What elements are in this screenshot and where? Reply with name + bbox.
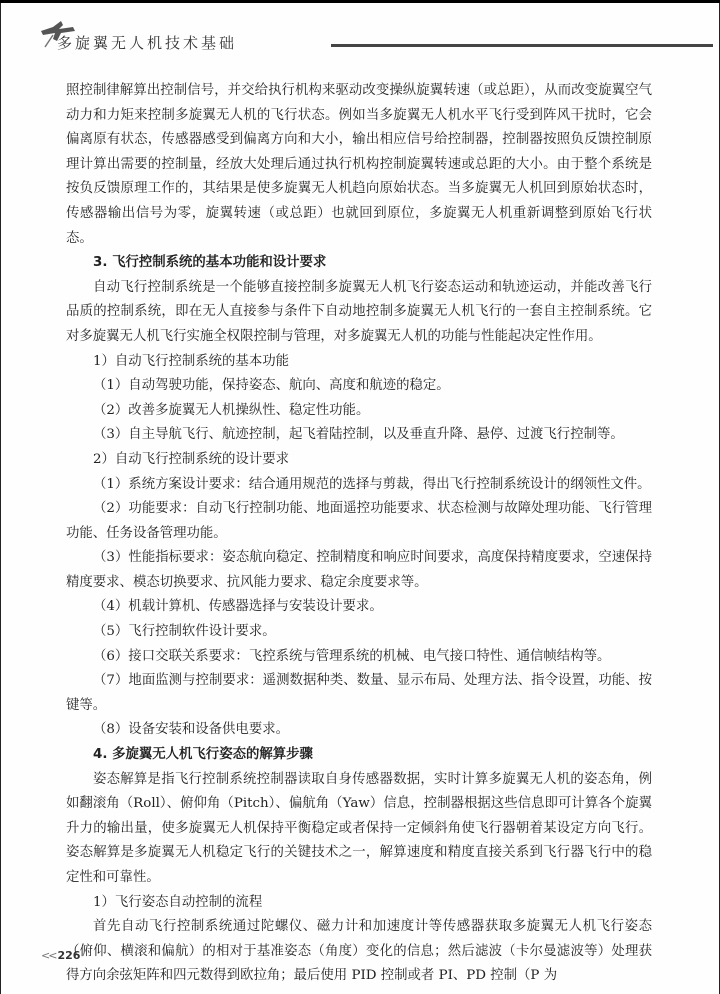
list-item: （1）自动驾驶功能，保持姿态、航向、高度和航迹的稳定。: [66, 374, 652, 399]
page-body: 照控制律解算出控制信号，并交给执行机构来驱动改变操纵旋翼转速（或总距），从而改变…: [66, 79, 652, 989]
paragraph: 姿态解算是指飞行控制系统控制器读取自身传感器数据，实时计算多旋翼无人机的姿态角，…: [66, 768, 652, 891]
paragraph: 照控制律解算出控制信号，并交给执行机构来驱动改变操纵旋翼转速（或总距），从而改变…: [66, 79, 652, 251]
page-footer: <<226: [41, 949, 80, 962]
book-title: 多旋翼无人机技术基础: [57, 32, 237, 53]
header-rule: [331, 44, 713, 47]
running-header: 多旋翼无人机技术基础: [1, 3, 719, 63]
book-page: 多旋翼无人机技术基础 照控制律解算出控制信号，并交给执行机构来驱动改变操纵旋翼转…: [0, 3, 720, 994]
list-item: （5）飞行控制软件设计要求。: [66, 620, 652, 645]
list-item: （3）自主导航飞行、航迹控制，起飞着陆控制，以及垂直升降、悬停、过渡飞行控制等。: [66, 423, 652, 448]
paragraph: 自动飞行控制系统是一个能够直接控制多旋翼无人机飞行姿态运动和轨迹运动，并能改善飞…: [66, 276, 652, 350]
list-item: （1）系统方案设计要求：结合通用规范的选择与剪裁，得出飞行控制系统设计的纲领性文…: [66, 473, 652, 498]
section-heading: 4. 多旋翼无人机飞行姿态的解算步骤: [66, 743, 652, 768]
list-item: （2）改善多旋翼无人机操纵性、稳定性功能。: [66, 399, 652, 424]
list-item: （3）性能指标要求：姿态航向稳定、控制精度和响应时间要求，高度保持精度要求，空速…: [66, 546, 652, 595]
list-item: （2）功能要求：自动飞行控制功能、地面遥控功能要求、状态检测与故障处理功能、飞行…: [66, 497, 652, 546]
page-number: 226: [57, 949, 80, 962]
paragraph: 首先自动飞行控制系统通过陀螺仪、磁力计和加速度计等传感器获取多旋翼无人机飞行姿态…: [66, 915, 652, 989]
list-item: （8）设备安装和设备供电要求。: [66, 718, 652, 743]
list-item: （4）机载计算机、传感器选择与安装设计要求。: [66, 595, 652, 620]
list-item: （7）地面监测与控制要求：遥测数据种类、数量、显示布局、处理方法、指令设置，功能…: [66, 669, 652, 718]
section-heading: 3. 飞行控制系统的基本功能和设计要求: [66, 251, 652, 276]
subheading: 1）自动飞行控制系统的基本功能: [66, 350, 652, 375]
double-chevron-left-icon: <<: [41, 949, 55, 962]
list-item: （6）接口交联关系要求：飞控系统与管理系统的机械、电气接口特性、通信帧结构等。: [66, 645, 652, 670]
subheading: 1）飞行姿态自动控制的流程: [66, 891, 652, 916]
subheading: 2）自动飞行控制系统的设计要求: [66, 448, 652, 473]
